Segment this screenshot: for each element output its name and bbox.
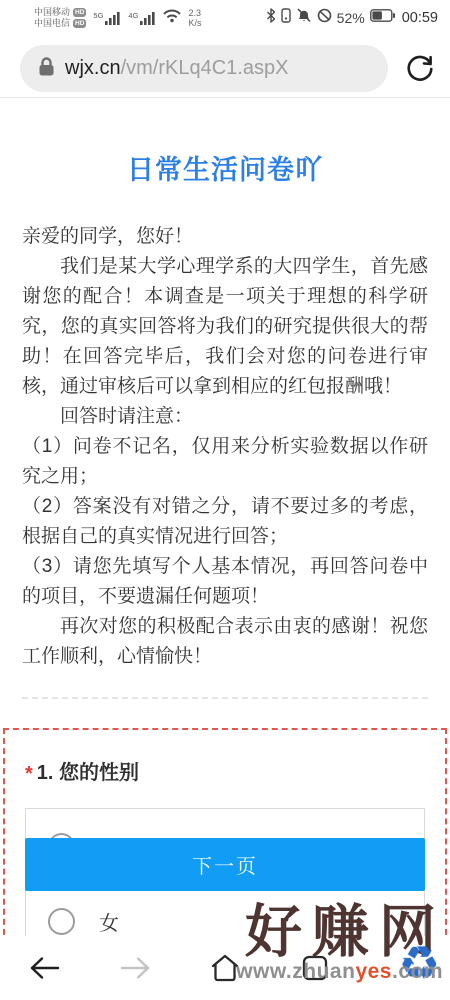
url-domain: wjx.cn — [65, 57, 121, 79]
question-1-card: *1. 您的性别 男 女 下一页 — [3, 728, 447, 965]
nav-home-button[interactable] — [180, 936, 270, 1000]
survey-title: 日常生活问卷吖 — [0, 148, 450, 187]
intro-paragraph: 再次对您的积极配合表示由衷的感谢！祝您工作顺利，心情愉快！ — [22, 612, 428, 672]
carrier-labels: 中国移动 HD 中国电信 HD — [34, 7, 86, 29]
nav-tabs-button[interactable] — [270, 936, 360, 1000]
nav-forward-button[interactable] — [90, 936, 180, 1000]
option-female-label: 女 — [99, 907, 119, 936]
bluetooth-icon — [266, 8, 276, 28]
url-input[interactable]: wjx.cn/vm/rKLq4C1.aspX — [20, 45, 388, 92]
intro-paragraph: （2）答案没有对错之分，请不要过多的考虑，根据自己的真实情况进行回答； — [22, 492, 428, 552]
do-not-disturb-icon — [317, 8, 332, 28]
url-text: wjx.cn/vm/rKLq4C1.aspX — [65, 57, 288, 80]
intro-paragraph: 我们是某大学心理学系的大四学生，首先感谢您的配合！本调查是一项关于理想的科学研究… — [22, 252, 428, 402]
url-path: /vm/rKLq4C1.aspX — [121, 57, 289, 79]
wifi-icon — [163, 9, 181, 28]
question-1-title: *1. 您的性别 — [25, 756, 425, 786]
survey-intro: 亲爱的同学，您好！ 我们是某大学心理学系的大四学生，首先感谢您的配合！本调查是一… — [22, 222, 428, 672]
status-right: 52% 00:59 — [266, 8, 438, 28]
carrier-2: 中国电信 — [34, 18, 70, 29]
hd-badge: HD — [73, 19, 86, 28]
connected-device-icon — [281, 8, 291, 28]
lock-icon — [38, 56, 55, 82]
question-1-label: 1. 您的性别 — [37, 762, 139, 784]
radio-female[interactable] — [48, 908, 75, 935]
section-divider — [22, 697, 428, 699]
phone-screen: 中国移动 HD 中国电信 HD 5G 4G — [0, 0, 450, 1000]
network-speed: 2.3 K/s — [188, 8, 201, 28]
browser-address-bar: wjx.cn/vm/rKLq4C1.aspX — [0, 40, 450, 98]
intro-paragraph: 回答时请注意： — [22, 402, 428, 432]
next-page-button[interactable]: 下一页 — [25, 838, 425, 891]
intro-paragraph: （1）问卷不记名，仅用来分析实验数据以作研究之用； — [22, 432, 428, 492]
required-asterisk: * — [25, 763, 33, 785]
mute-bell-icon — [296, 8, 312, 28]
browser-bottom-nav — [0, 936, 450, 1000]
intro-paragraph: 亲爱的同学，您好！ — [22, 222, 428, 252]
intro-paragraph: （3）请您先填写个人基本情况，再回答问卷中的项目，不要遗漏任何题项！ — [22, 552, 428, 612]
nav-back-button[interactable] — [0, 936, 90, 1000]
signal-5g-icon: 5G — [93, 11, 121, 25]
hd-badge: HD — [73, 8, 86, 17]
status-left: 中国移动 HD 中国电信 HD 5G 4G — [34, 7, 201, 29]
nav-menu-slot — [360, 936, 450, 1000]
refresh-button[interactable] — [402, 51, 438, 87]
status-bar: 中国移动 HD 中国电信 HD 5G 4G — [0, 0, 450, 34]
signal-4g-icon: 4G — [128, 11, 156, 25]
battery-icon — [370, 9, 395, 27]
clock: 00:59 — [402, 10, 438, 26]
battery-percent: 52% — [337, 10, 365, 26]
carrier-1: 中国移动 — [34, 7, 70, 18]
